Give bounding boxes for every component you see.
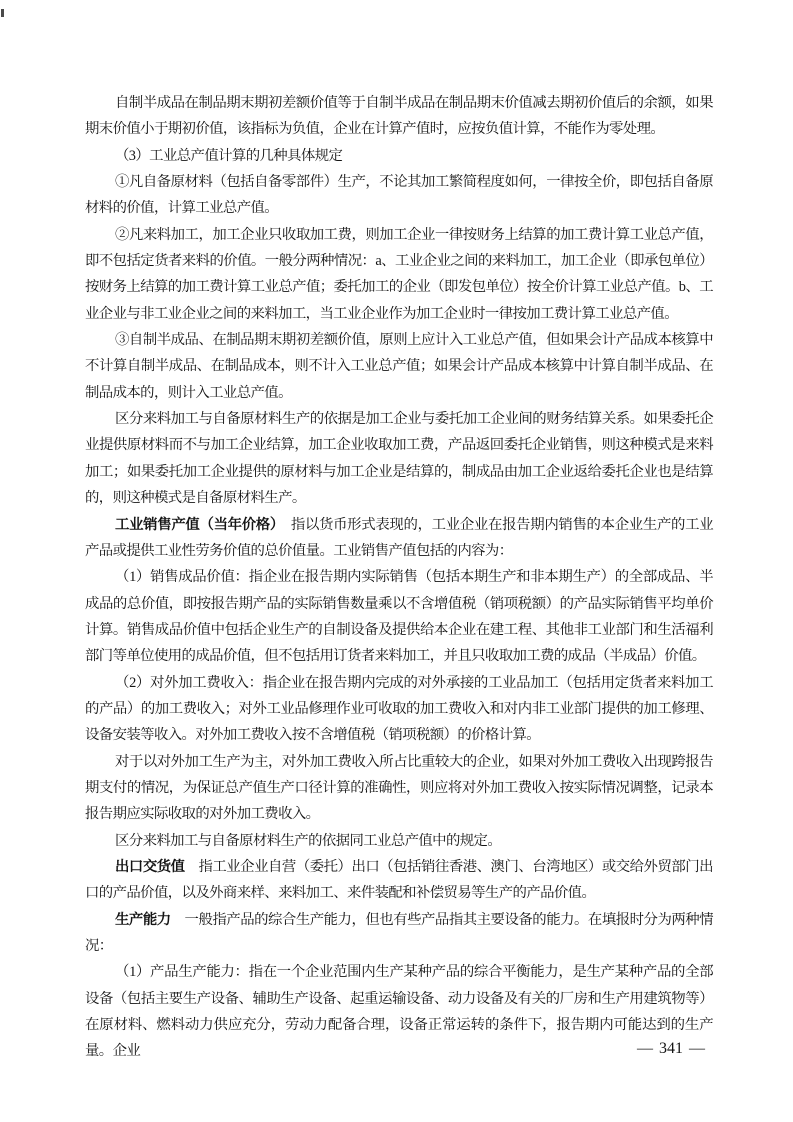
page-footer: — 341 — xyxy=(637,1040,705,1058)
paragraph-text: （1）销售成品价值：指企业在报告期内实际销售（包括本期生产和非本期生产）的全部成… xyxy=(85,569,713,664)
paragraph: （3）工业总产值计算的几种具体规定 xyxy=(85,143,713,169)
paragraph: ②凡来料加工，加工企业只收取加工费，则加工企业一律按财务上结算的加工费计算工业总… xyxy=(85,222,713,327)
page-number: 341 xyxy=(659,1040,683,1058)
paragraph-text: 一般指产品的综合生产能力，但也有些产品指其主要设备的能力。在填报时分为两种情况： xyxy=(85,912,713,954)
paragraph: ①凡自备原材料（包括自备零部件）生产，不论其加工繁简程度如何，一律按全价，即包括… xyxy=(85,169,713,222)
paragraph: （2）对外加工费收入：指企业在报告期内完成的对外承接的工业品加工（包括用定货者来… xyxy=(85,670,713,749)
paragraph: 工业销售产值（当年价格） 指以货币形式表现的，工业企业在报告期内销售的本企业生产… xyxy=(85,512,713,565)
term-heading: 生产能力 xyxy=(115,912,171,928)
footer-dash-left: — xyxy=(637,1040,653,1058)
paragraph-text: 对于以对外加工生产为主，对外加工费收入所占比重较大的企业，如果对外加工费收入出现… xyxy=(85,754,713,823)
paragraph: 出口交货值 指工业企业自营（委托）出口（包括销往香港、澳门、台湾地区）或交给外贸… xyxy=(85,854,713,907)
paragraph-text: ②凡来料加工，加工企业只收取加工费，则加工企业一律按财务上结算的加工费计算工业总… xyxy=(85,227,713,322)
paragraph-text: （1）产品生产能力：指在一个企业范围内生产某种产品的综合平衡能力，是生产某种产品… xyxy=(85,964,713,1059)
paragraph: ③自制半成品、在制品期末期初差额价值，原则上应计入工业总产值，但如果会计产品成本… xyxy=(85,327,713,406)
paragraph-text: 区分来料加工与自备原材料生产的依据是加工企业与委托加工企业间的财务结算关系。如果… xyxy=(85,411,713,506)
paragraph: （1）销售成品价值：指企业在报告期内实际销售（包括本期生产和非本期生产）的全部成… xyxy=(85,564,713,669)
paragraph-text: （2）对外加工费收入：指企业在报告期内完成的对外承接的工业品加工（包括用定货者来… xyxy=(85,675,713,744)
paragraph-text: 区分来料加工与自备原材料生产的依据同工业总产值中的规定。 xyxy=(115,833,501,849)
paragraph: 自制半成品在制品期末期初差额价值等于自制半成品在制品期末价值减去期初价值后的余额… xyxy=(85,90,713,143)
footer-dash-right: — xyxy=(689,1040,705,1058)
paragraph-text: ①凡自备原材料（包括自备零部件）生产，不论其加工繁简程度如何，一律按全价，即包括… xyxy=(85,174,713,216)
document-page: 自制半成品在制品期末期初差额价值等于自制半成品在制品期末价值减去期初价值后的余额… xyxy=(0,0,793,1122)
term-heading: 工业销售产值（当年价格） xyxy=(115,517,277,533)
term-heading: 出口交货值 xyxy=(115,859,185,875)
paragraph-text: （3）工业总产值计算的几种具体规定 xyxy=(115,148,342,164)
paragraph-text: ③自制半成品、在制品期末期初差额价值，原则上应计入工业总产值，但如果会计产品成本… xyxy=(85,332,713,401)
document-body: 自制半成品在制品期末期初差额价值等于自制半成品在制品期末价值减去期初价值后的余额… xyxy=(85,90,713,1065)
paragraph-text: 自制半成品在制品期末期初差额价值等于自制半成品在制品期末价值减去期初价值后的余额… xyxy=(85,95,713,137)
paragraph: 区分来料加工与自备原材料生产的依据同工业总产值中的规定。 xyxy=(85,828,713,854)
paragraph: （1）产品生产能力：指在一个企业范围内生产某种产品的综合平衡能力，是生产某种产品… xyxy=(85,959,713,1064)
paragraph: 生产能力 一般指产品的综合生产能力，但也有些产品指其主要设备的能力。在填报时分为… xyxy=(85,907,713,960)
scan-artifact xyxy=(1,9,4,17)
paragraph: 区分来料加工与自备原材料生产的依据是加工企业与委托加工企业间的财务结算关系。如果… xyxy=(85,406,713,511)
paragraph: 对于以对外加工生产为主，对外加工费收入所占比重较大的企业，如果对外加工费收入出现… xyxy=(85,749,713,828)
